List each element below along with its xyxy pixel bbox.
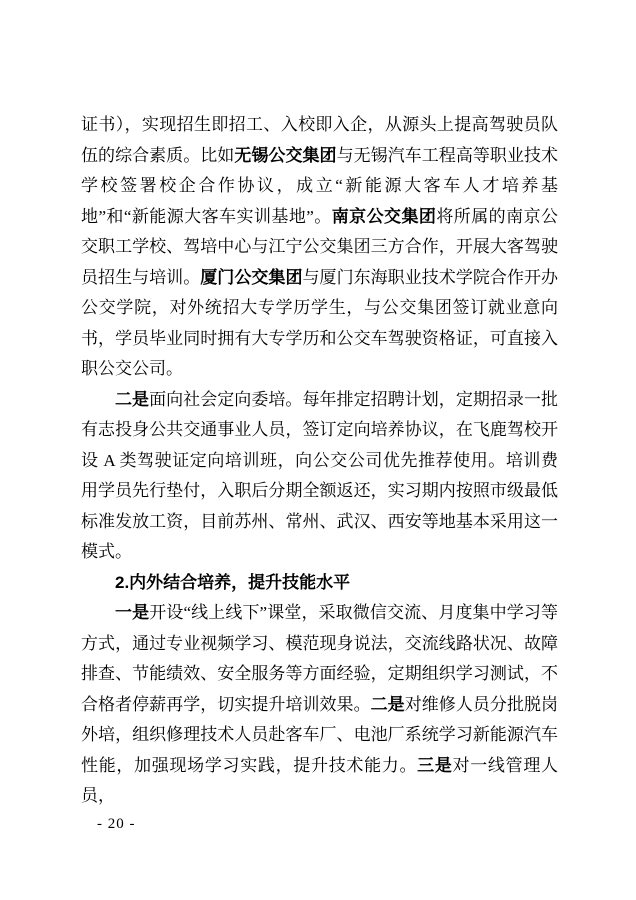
text-run: 面向社会定向委培。每年排定招聘计划，定期招录一批有志投身公共交通事业人员，签订定… — [81, 390, 558, 562]
heading-text: 2.内外结合培养，提升技能水平 — [115, 573, 350, 592]
paragraph-continuation: 证书），实现招生即招工、入校即入企，从源头上提高驾驶员队伍的综合素质。比如无锡公… — [81, 110, 558, 385]
document-page: 证书），实现招生即招工、入校即入企，从源头上提高驾驶员队伍的综合素质。比如无锡公… — [0, 0, 636, 900]
page-number: - 20 - — [97, 816, 136, 833]
section-heading: 2.内外结合培养，提升技能水平 — [81, 568, 558, 599]
paragraph-second-point: 二是面向社会定向委培。每年排定招聘计划，定期招录一批有志投身公共交通事业人员，签… — [81, 385, 558, 568]
bold-run-wuxi-bus-group: 无锡公交集团 — [234, 146, 336, 165]
bold-run-sanshi: 三是 — [417, 756, 452, 775]
paragraph-third-section: 一是开设“线上线下”课堂，采取微信交流、月度集中学习等方式，通过专业视频学习、模… — [81, 598, 558, 812]
bold-run-erishi: 二是 — [115, 390, 149, 409]
bold-run-xiamen-bus-group: 厦门公交集团 — [200, 268, 302, 287]
bold-run-nanjing-bus-group: 南京公交集团 — [332, 207, 437, 226]
page-body: 证书），实现招生即招工、入校即入企，从源头上提高驾驶员队伍的综合素质。比如无锡公… — [81, 110, 558, 812]
bold-run-yishi: 一是 — [115, 603, 149, 622]
bold-run-ershi: 二是 — [371, 695, 405, 714]
